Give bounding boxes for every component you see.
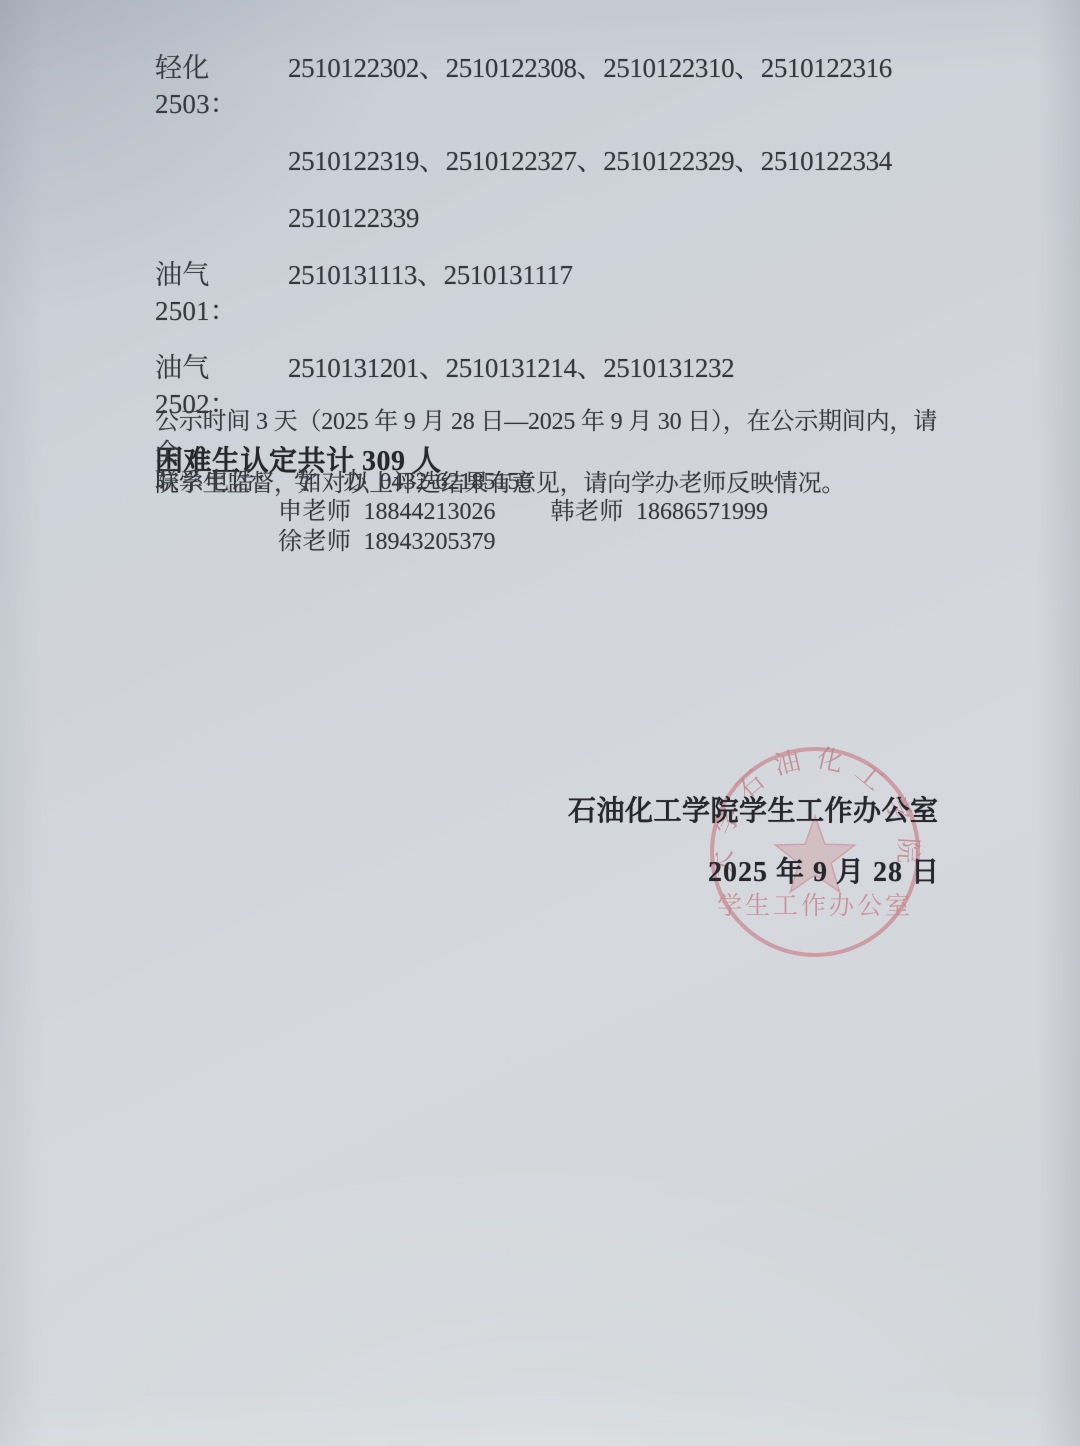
- contact-section: 联系电话： 学 办 0432-62185156 申老师 18844213026 …: [155, 467, 768, 557]
- roster-row: 2510122319、2510122327、2510122329、2510122…: [155, 143, 980, 179]
- stamp-bottom-text: 学生工作办公室: [717, 892, 913, 920]
- student-ids: 2510131201、2510131214、2510131232: [288, 350, 734, 386]
- signature-org: 石油化工学院学生工作办公室: [568, 789, 939, 829]
- contact-row: 徐老师 18943205379: [278, 527, 768, 557]
- contact-entry: 徐老师 18943205379: [278, 527, 496, 557]
- student-ids: 2510122339: [288, 200, 419, 236]
- contact-row: 申老师 18844213026 韩老师 18686571999: [278, 497, 768, 527]
- teacher-name: 申老师: [278, 497, 352, 527]
- roster-row: 轻化 2503： 2510122302、2510122308、251012231…: [155, 50, 980, 122]
- contact-label: 联系电话：: [155, 467, 280, 497]
- class-label: 油气 2501：: [155, 257, 288, 329]
- signature-date: 2025 年 9 月 28 日: [708, 850, 940, 890]
- teacher-phone: 18844213026: [364, 497, 496, 527]
- document-photo: 大学石油化工学院 学生工作办公室 轻化 2503： 2510122302、251…: [0, 0, 1080, 1446]
- contact-entry: 申老师 18844213026: [278, 497, 496, 527]
- student-ids: 2510122302、2510122308、2510122310、2510122…: [288, 50, 892, 86]
- roster-row: 2510122339: [155, 200, 980, 236]
- roster-row: 油气 2501： 2510131113、2510131117: [155, 257, 980, 329]
- contact-entry: 韩老师 18686571999: [551, 497, 769, 527]
- student-ids: 2510131113、2510131117: [288, 257, 573, 293]
- teacher-phone: 18943205379: [364, 527, 496, 557]
- notice-line: 公示时间 3 天（2025 年 9 月 28 日—2025 年 9 月 30 日…: [155, 407, 960, 469]
- contact-row: 联系电话： 学 办 0432-62185156: [155, 467, 768, 497]
- student-ids: 2510122319、2510122327、2510122329、2510122…: [288, 143, 892, 179]
- teacher-phone: 18686571999: [636, 497, 768, 527]
- teacher-name: 韩老师: [551, 497, 625, 527]
- teacher-name: 徐老师: [278, 527, 352, 557]
- office-phone: 0432-62185156: [380, 467, 532, 497]
- class-label: 轻化 2503：: [155, 50, 288, 122]
- office-name: 学 办: [294, 467, 368, 497]
